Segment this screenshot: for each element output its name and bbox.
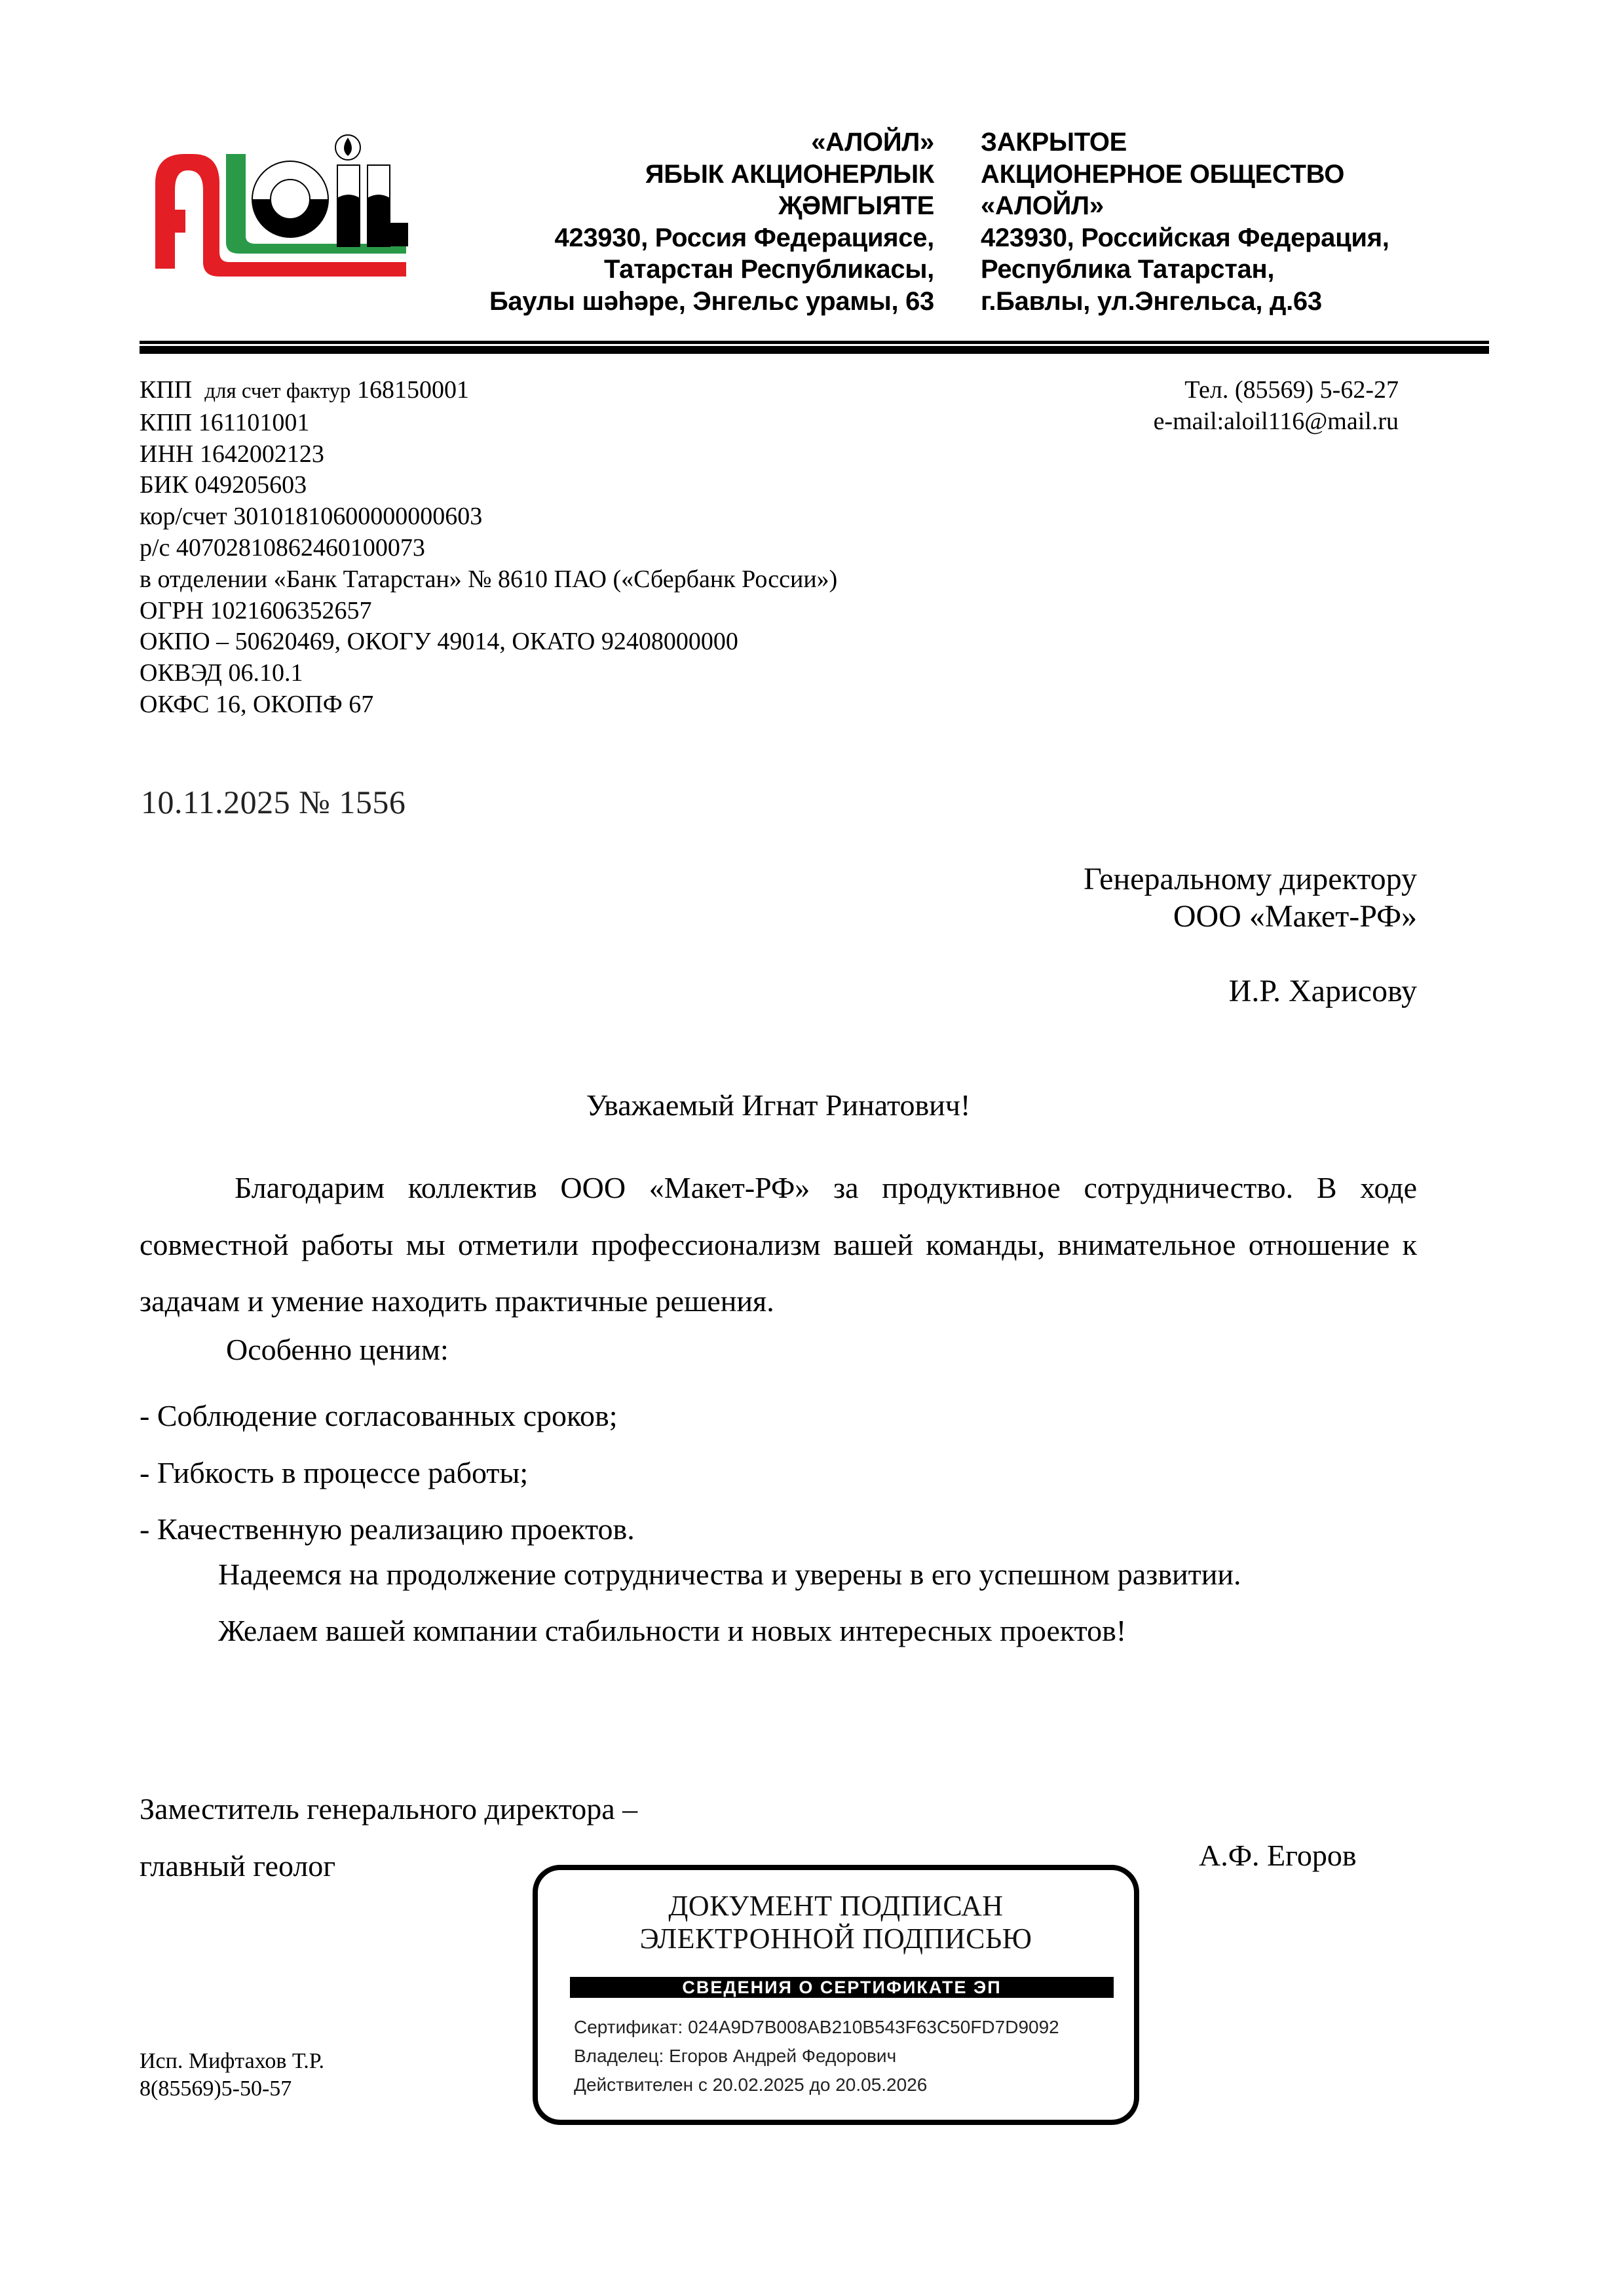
header-tatar-line: Татарстан Республикасы, [419,254,934,286]
requisite-line: ОКФС 16, ОКОПФ 67 [140,689,837,721]
header-russian-line: г.Бавлы, ул.Энгельса, д.63 [981,286,1479,318]
header-russian-line: ЗАКРЫТОЕ [981,126,1479,159]
stamp-title-line: ДОКУМЕНТ ПОДПИСАН [538,1890,1134,1923]
header-divider-thin [140,341,1489,344]
e-signature-stamp: ДОКУМЕНТ ПОДПИСАН ЭЛЕКТРОННОЙ ПОДПИСЬЮ С… [533,1865,1139,2125]
letter-paragraph: Надеемся на продолжение сотрудничества и… [218,1557,1241,1592]
requisite-line: ОКПО – 50620469, ОКОГУ 49014, ОКАТО 9240… [140,626,837,658]
header-company-tatar: «АЛОЙЛ» ЯБЫК АКЦИОНЕРЛЫК ҖӘМГЫЯТЕ 423930… [419,126,934,317]
header-tatar-line: 423930, Россия Федерациясе, [419,222,934,254]
salutation: Уважаемый Игнат Ринатович! [140,1088,1417,1122]
header-tatar-line: ҖӘМГЫЯТЕ [419,190,934,222]
signer-name: А.Ф. Егоров [1199,1838,1357,1873]
requisite-line: кор/счет 30101810600000000603 [140,501,837,533]
list-item: - Соблюдение согласованных сроков; [140,1388,635,1445]
letter-paragraph: Особенно ценим: [226,1332,449,1367]
oil-drop-logo-icon [147,131,416,288]
addressee-company: ООО «Макет-РФ» [917,898,1417,935]
executor-info: Исп. Мифтахов Т.Р. 8(85569)5-50-57 [140,2048,324,2103]
requisite-line: ОГРН 1021606352657 [140,596,837,627]
requisite-label: КПП [140,376,192,404]
list-item: - Качественную реализацию проектов. [140,1501,635,1558]
company-logo [147,131,416,288]
contact-phone: Тел. (85569) 5-62-27 [1048,375,1399,406]
header-divider-thick [140,346,1489,354]
stamp-banner: СВЕДЕНИЯ О СЕРТИФИКАТЕ ЭП [570,1977,1114,1998]
stamp-owner: Владелец: Егоров Андрей Федорович [574,2042,1059,2071]
stamp-certificate: Сертификат: 024A9D7B008AB210B543F63C50FD… [574,2013,1059,2042]
header-russian-line: «АЛОЙЛ» [981,190,1479,222]
stamp-certificate-details: Сертификат: 024A9D7B008AB210B543F63C50FD… [574,2013,1059,2099]
addressee-name: И.Р. Харисову [917,973,1417,1009]
requisite-line: КПП 161101001 [140,408,837,439]
executor-phone: 8(85569)5-50-57 [140,2075,324,2103]
list-item: - Гибкость в процессе работы; [140,1445,635,1502]
stamp-title: ДОКУМЕНТ ПОДПИСАН ЭЛЕКТРОННОЙ ПОДПИСЬЮ [538,1890,1134,1955]
signer-position-line: Заместитель генерального директора – [140,1781,637,1838]
stamp-validity: Действителен с 20.02.2025 до 20.05.2026 [574,2071,1059,2099]
requisite-note: для счет фактур [204,379,350,403]
letter-paragraph: Благодарим коллектив ООО «Макет-РФ» за п… [140,1160,1417,1330]
executor-name: Исп. Мифтахов Т.Р. [140,2048,324,2075]
requisite-line: в отделении «Банк Татарстан» № 8610 ПАО … [140,564,837,596]
requisite-line: ИНН 1642002123 [140,439,837,470]
header-tatar-line: Баулы шәһәре, Энгельс урамы, 63 [419,286,934,318]
requisite-line: БИК 049205603 [140,470,837,501]
header-russian-line: 423930, Российская Федерация, [981,222,1479,254]
header-tatar-line: «АЛОЙЛ» [419,126,934,159]
header-russian-line: АКЦИОНЕРНОЕ ОБЩЕСТВО [981,159,1479,191]
requisite-line: р/с 40702810862460100073 [140,533,837,564]
header-tatar-line: ЯБЫК АКЦИОНЕРЛЫК [419,159,934,191]
company-contacts: Тел. (85569) 5-62-27 e-mail:aloil116@mai… [1048,375,1399,437]
addressee-position: Генеральному директору ООО «Макет-РФ» [917,860,1417,935]
header-company-russian: ЗАКРЫТОЕ АКЦИОНЕРНОЕ ОБЩЕСТВО «АЛОЙЛ» 42… [981,126,1479,317]
addressee-position-line: Генеральному директору [917,860,1417,898]
appreciation-list: - Соблюдение согласованных сроков; - Гиб… [140,1388,635,1558]
requisite-line: КПП для счет фактур 168150001 [140,375,837,408]
stamp-title-line: ЭЛЕКТРОННОЙ ПОДПИСЬЮ [538,1923,1134,1955]
document-date-number: 10.11.2025 № 1556 [141,783,406,821]
contact-email[interactable]: e-mail:aloil116@mail.ru [1048,406,1399,438]
requisite-line: ОКВЭД 06.10.1 [140,658,837,689]
company-requisites: КПП для счет фактур 168150001 КПП 161101… [140,375,837,721]
letter-paragraph: Желаем вашей компании стабильности и нов… [218,1613,1126,1648]
header-russian-line: Республика Татарстан, [981,254,1479,286]
requisite-value: 168150001 [357,376,469,404]
